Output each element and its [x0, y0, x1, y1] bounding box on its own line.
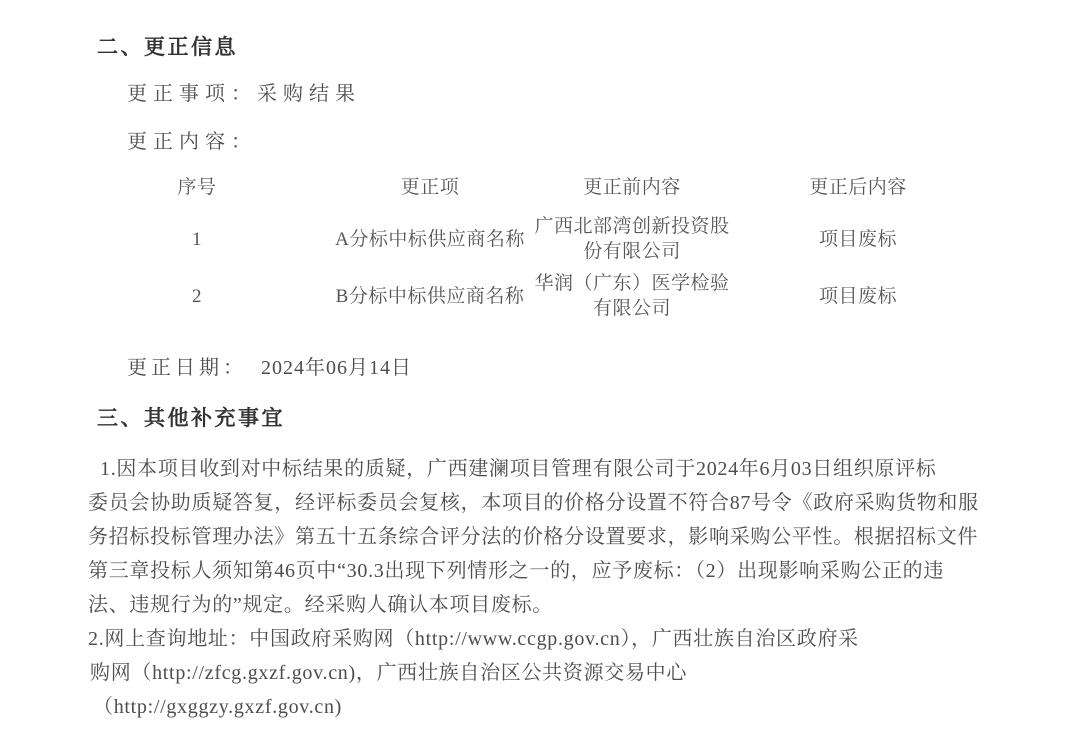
table-row: 2 B分标中标供应商名称 华润（广东）医学检验有限公司 项目废标: [0, 271, 1080, 321]
cell-after: 项目废标: [758, 271, 958, 321]
cell-no: 1: [147, 213, 247, 265]
paragraph-line: 1.因本项目收到对中标结果的质疑，广西建澜项目管理有限公司于2024年6月03日…: [88, 452, 968, 486]
correction-item-value: 采购结果: [257, 83, 361, 105]
correction-date-line: 更正日期：2024年06月14日: [127, 351, 412, 380]
correction-date-value: 2024年06月14日: [261, 357, 412, 379]
section-supplement-heading: 三、其他补充事宜: [97, 402, 285, 432]
paragraph-line: 务招标投标管理办法》第五十五条综合评分法的价格分设置要求，影响采购公平性。根据招…: [88, 520, 968, 554]
paragraph-line: （http://gxggzy.gxzf.gov.cn): [88, 690, 968, 724]
document-page: 二、更正信息 更正事项：采购结果 更正内容： 序号 更正项 更正前内容 更正后内…: [0, 0, 1080, 745]
correction-table-header-row: 序号 更正项 更正前内容 更正后内容: [0, 175, 1080, 199]
cell-before: 广西北部湾创新投资股份有限公司: [527, 213, 737, 265]
section-correction-heading: 二、更正信息: [97, 31, 238, 61]
table-row: 1 A分标中标供应商名称 广西北部湾创新投资股份有限公司 项目废标: [0, 213, 1080, 265]
correction-item-line: 更正事项：采购结果: [127, 77, 361, 106]
paragraph-line: 法、违规行为的”规定。经采购人确认本项目废标。: [88, 588, 968, 622]
column-header-after: 更正后内容: [758, 175, 958, 199]
cell-after: 项目废标: [758, 213, 958, 265]
cell-before: 华润（广东）医学检验有限公司: [527, 271, 737, 321]
cell-no: 2: [147, 271, 247, 321]
correction-content-label: 更正内容：: [127, 125, 257, 154]
paragraph-line: 2.网上查询地址：中国政府采购网（http://www.ccgp.gov.cn）…: [88, 622, 968, 656]
column-header-before: 更正前内容: [527, 175, 737, 199]
supplement-paragraphs: 1.因本项目收到对中标结果的质疑，广西建澜项目管理有限公司于2024年6月03日…: [88, 452, 968, 724]
column-header-no: 序号: [147, 175, 247, 199]
paragraph-line: 第三章投标人须知第46页中“30.3出现下列情形之一的，应予废标：（2）出现影响…: [88, 554, 968, 588]
correction-date-label: 更正日期：: [127, 357, 247, 379]
paragraph-line: 购网（http://zfcg.gxzf.gov.cn)，广西壮族自治区公共资源交…: [88, 656, 968, 690]
correction-item-label: 更正事项：: [127, 83, 257, 105]
paragraph-line: 委员会协助质疑答复，经评标委员会复核，本项目的价格分设置不符合87号令《政府采购…: [88, 486, 968, 520]
